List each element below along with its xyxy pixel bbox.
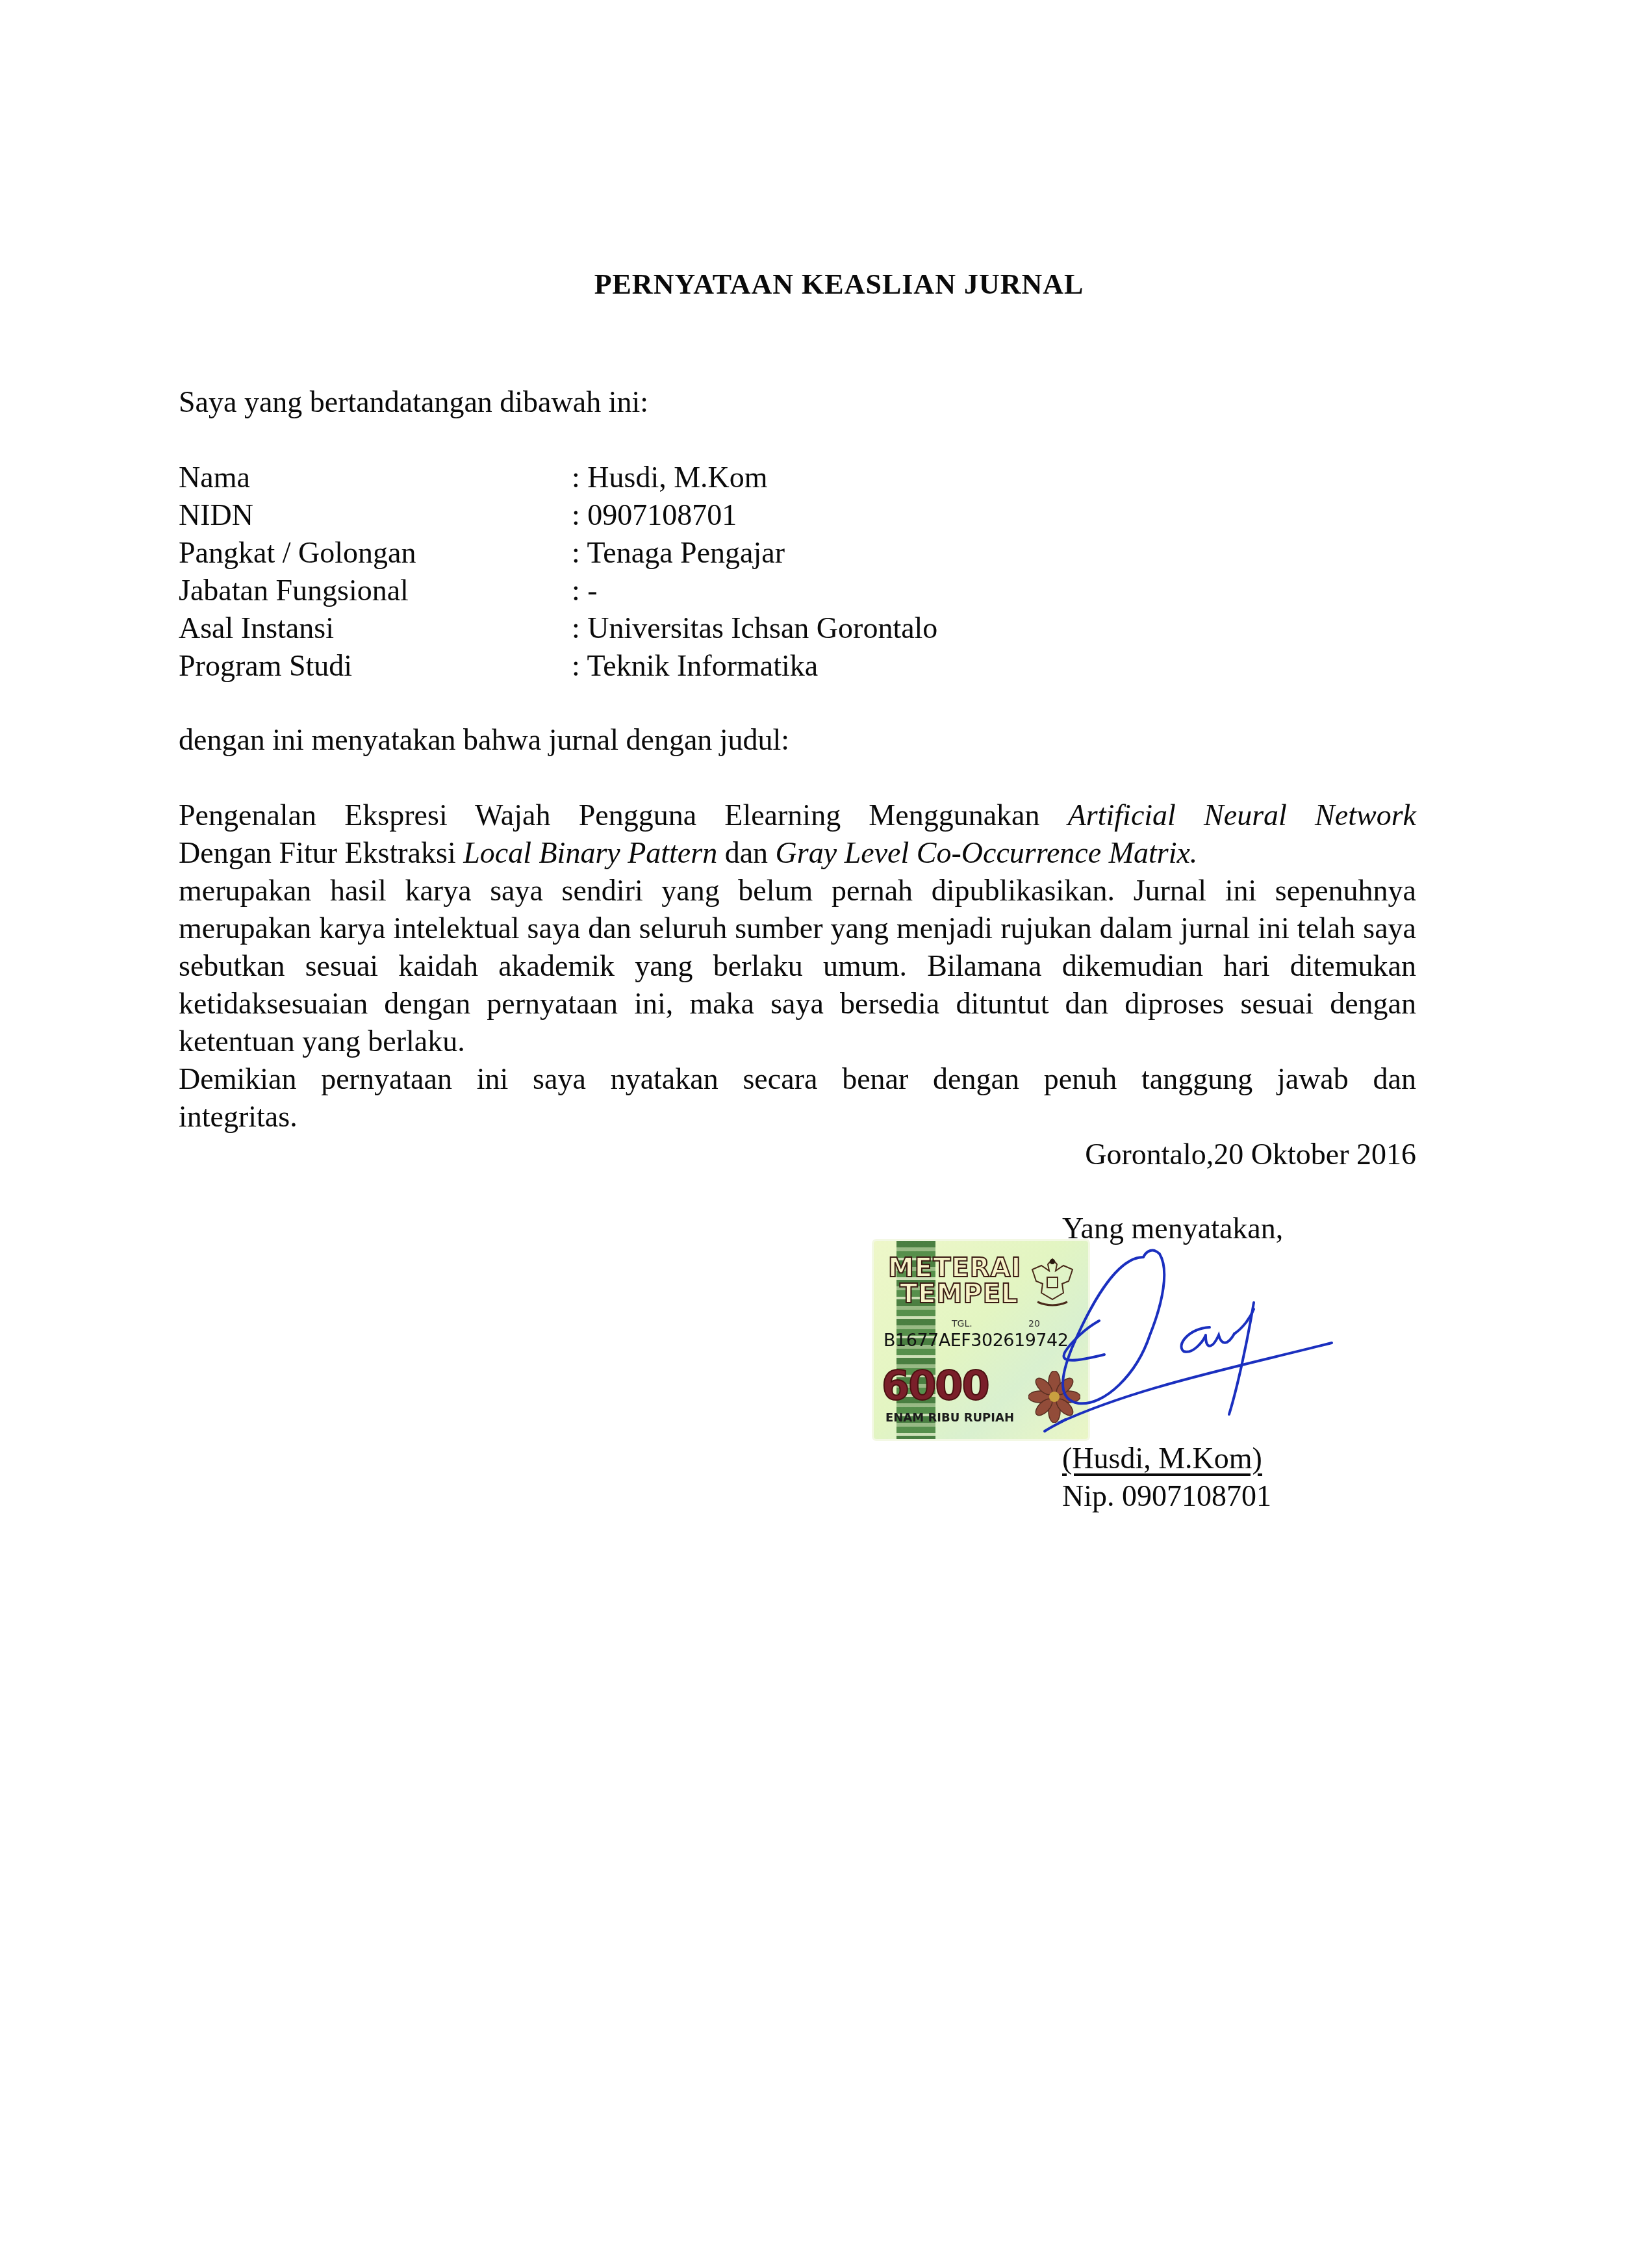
intro-text: Saya yang bertandatangan dibawah ini: <box>179 383 648 421</box>
signer-nip: Nip. 0907108701 <box>1062 1477 1271 1515</box>
journal-title-italic2: Local Binary Pattern <box>463 836 717 869</box>
journal-title-part3: dan <box>717 836 775 869</box>
stamp-value: 6000 <box>882 1366 989 1406</box>
field-label: NIDN <box>179 496 572 534</box>
field-row-nama: Nama : Husdi, M.Kom <box>179 459 937 496</box>
stamp-date-label: TGL. <box>952 1319 972 1329</box>
stamp-title: METERAI TEMPEL <box>888 1255 1021 1307</box>
field-value: : Husdi, M.Kom <box>572 459 768 496</box>
identity-fields: Nama : Husdi, M.Kom NIDN : 0907108701 Pa… <box>179 459 937 685</box>
journal-title-italic3: Gray Level Co-Occurrence Matrix. <box>776 836 1198 869</box>
field-label: Pangkat / Golongan <box>179 534 572 572</box>
document-title: PERNYATAAN KEASLIAN JURNAL <box>0 268 1652 301</box>
field-row-pangkat: Pangkat / Golongan : Tenaga Pengajar <box>179 534 937 572</box>
journal-title-part2: Dengan Fitur Ekstraksi <box>179 836 463 869</box>
signer-name: (Husdi, M.Kom) <box>1062 1440 1262 1477</box>
field-row-jabatan: Jabatan Fungsional : - <box>179 572 937 609</box>
statement-page: PERNYATAAN KEASLIAN JURNAL Saya yang ber… <box>0 0 1652 2268</box>
field-label: Asal Instansi <box>179 609 572 647</box>
stamp-title-line1: METERAI <box>888 1255 1021 1281</box>
stamp-year-prefix: 20 <box>1028 1319 1040 1329</box>
field-value: : - <box>572 572 598 609</box>
journal-title-line1: Pengenalan Ekspresi Wajah Pengguna Elear… <box>179 796 1416 834</box>
field-row-nidn: NIDN : 0907108701 <box>179 496 937 534</box>
field-row-instansi: Asal Instansi : Universitas Ichsan Goron… <box>179 609 937 647</box>
handwritten-signature <box>1039 1231 1377 1446</box>
journal-title-part1: Pengenalan Ekspresi Wajah Pengguna Elear… <box>179 798 1068 832</box>
stamp-title-line2: TEMPEL <box>888 1281 1021 1307</box>
statement-paragraph: merupakan hasil karya saya sendiri yang … <box>179 872 1416 1060</box>
lead-text: dengan ini menyatakan bahwa jurnal denga… <box>179 721 789 759</box>
journal-title-line2: Dengan Fitur Ekstraksi Local Binary Patt… <box>179 834 1416 872</box>
field-value: : Tenaga Pengajar <box>572 534 785 572</box>
field-label: Program Studi <box>179 647 572 685</box>
field-row-prodi: Program Studi : Teknik Informatika <box>179 647 937 685</box>
field-label: Jabatan Fungsional <box>179 572 572 609</box>
statement-body: Pengenalan Ekspresi Wajah Pengguna Elear… <box>179 796 1416 1136</box>
place-date: Gorontalo,20 Oktober 2016 <box>1085 1136 1416 1173</box>
field-label: Nama <box>179 459 572 496</box>
field-value: : Universitas Ichsan Gorontalo <box>572 609 937 647</box>
closing-statement-line1: Demikian pernyataan ini saya nyatakan se… <box>179 1060 1416 1098</box>
field-value: : Teknik Informatika <box>572 647 818 685</box>
journal-title-italic1: Artificial Neural Network <box>1068 798 1416 832</box>
stamp-value-words: ENAM RIBU RUPIAH <box>885 1411 1014 1425</box>
field-value: : 0907108701 <box>572 496 737 534</box>
closing-statement-line2: integritas. <box>179 1098 1416 1136</box>
